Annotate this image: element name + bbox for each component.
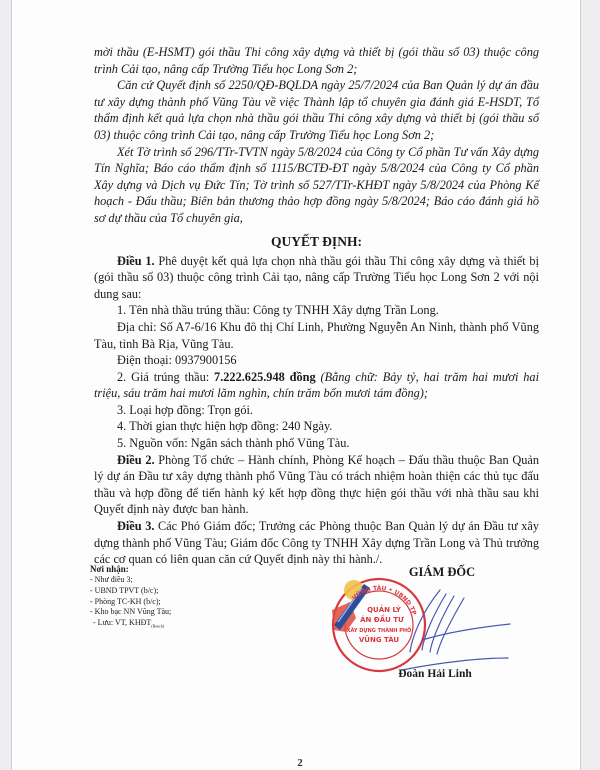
paragraph-considerations: Xét Tờ trình số 296/TTr-TVTN ngày 5/8/20… [94, 144, 539, 227]
recipient-item: - Phòng TC-KH (b/c); [90, 597, 290, 608]
winning-price: 2. Giá trúng thầu: 7.222.625.948 đồng (B… [94, 369, 539, 402]
article-2: Điều 2. Phòng Tổ chức – Hành chính, Phòn… [94, 452, 539, 518]
price-value: 7.222.625.948 đồng [214, 370, 316, 384]
archive-text: - Lưu: VT, KHĐT [93, 618, 151, 627]
winner-phone: Điện thoại: 0937900156 [94, 352, 539, 369]
funding-source: 5. Nguồn vốn: Ngân sách thành phố Vũng T… [94, 435, 539, 452]
recipient-archive: - Lưu: VT, KHĐT(Bench) [90, 618, 290, 632]
article-1-text: Phê duyệt kết quả lựa chọn nhà thầu gói … [94, 254, 539, 301]
article-2-label: Điều 2. [117, 453, 155, 467]
contract-type: 3. Loại hợp đồng: Trọn gói. [94, 402, 539, 419]
paragraph-bid-invitation: mời thầu (E-HSMT) gói thầu Thi công xây … [94, 44, 539, 77]
signer-name: Đoàn Hải Linh [375, 668, 495, 680]
recipients-title: Nơi nhận: [90, 563, 290, 575]
contract-duration: 4. Thời gian thực hiện hợp đồng: 240 Ngà… [94, 418, 539, 435]
article-3: Điều 3. Các Phó Giám đốc; Trưởng các Phò… [94, 518, 539, 568]
recipient-item: - UBND TPVT (b/c); [90, 586, 290, 597]
decision-heading: QUYẾT ĐỊNH: [94, 233, 539, 250]
article-2-text: Phòng Tổ chức – Hành chính, Phòng Kế hoạ… [94, 453, 539, 517]
article-3-text: Các Phó Giám đốc; Trưởng các Phòng thuộc… [94, 519, 539, 566]
recipients-block: Nơi nhận: - Như điều 3; - UBND TPVT (b/c… [90, 563, 290, 633]
paragraph-decision-2250: Căn cứ Quyết định số 2250/QĐ-BQLDA ngày … [94, 77, 539, 143]
recipient-item: - Như điều 3; [90, 575, 290, 586]
article-1: Điều 1. Phê duyệt kết quả lựa chọn nhà t… [94, 253, 539, 303]
document-body: mời thầu (E-HSMT) gói thầu Thi công xây … [94, 44, 539, 568]
archive-sub: (Bench) [151, 624, 164, 629]
recipient-item: - Kho bạc NN Vũng Tàu; [90, 607, 290, 618]
signature-icon [382, 582, 512, 677]
article-3-label: Điều 3. [117, 519, 154, 533]
document-page: mời thầu (E-HSMT) gói thầu Thi công xây … [11, 0, 581, 770]
article-1-label: Điều 1. [117, 254, 155, 268]
winner-name: 1. Tên nhà thầu trúng thầu: Công ty TNHH… [94, 302, 539, 319]
price-label: 2. Giá trúng thầu: [117, 370, 214, 384]
page-number: 2 [0, 757, 600, 769]
winner-address: Địa chỉ: Số A7-6/16 Khu đô thị Chí Linh,… [94, 319, 539, 352]
